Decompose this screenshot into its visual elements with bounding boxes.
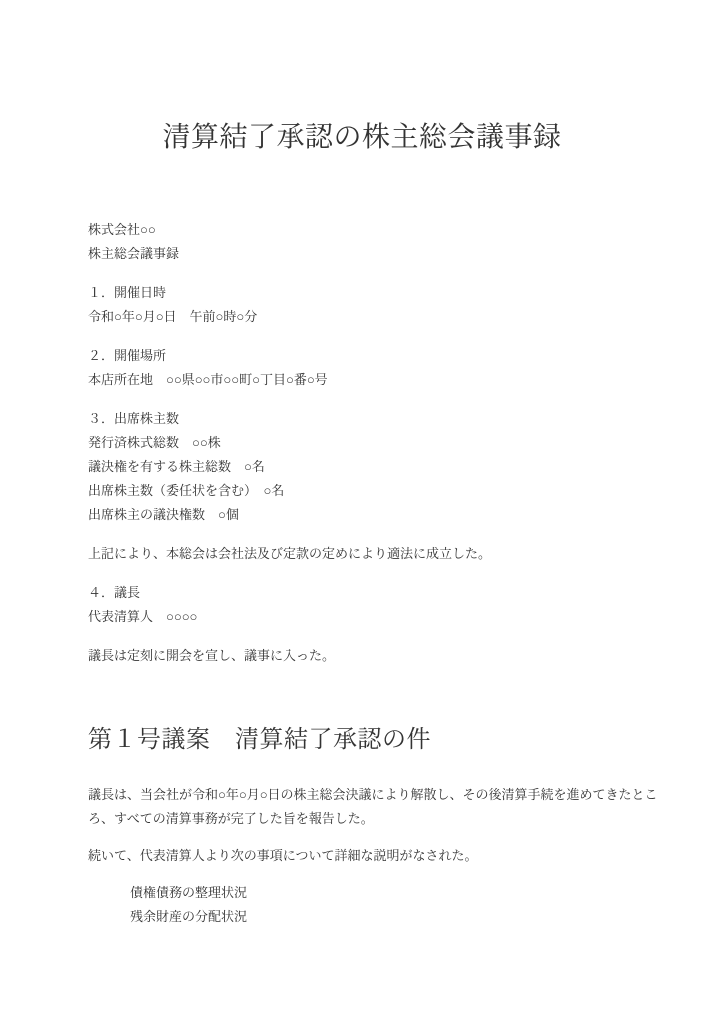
voting-shareholders-total: 議決権を有する株主総数 ○名	[88, 455, 694, 479]
section-4-heading: ４．議長	[88, 581, 694, 605]
document-title: 清算結了承認の株主総会議事録	[0, 120, 724, 154]
agenda-item-1-heading: 第１号議案 清算結了承認の件	[88, 725, 694, 755]
meeting-location: 本店所在地 ○○県○○市○○町○丁目○番○号	[88, 368, 694, 392]
detail-item-residual-assets: 残余財産の分配状況	[88, 905, 694, 929]
opening-declaration: 議長は定刻に開会を宣し、議事に入った。	[88, 644, 694, 668]
attending-shareholders-count: 出席株主数（委任状を含む） ○名	[88, 479, 694, 503]
validity-statement-group: 上記により、本総会は会社法及び定款の定めにより適法に成立した。	[88, 542, 694, 566]
section-2-heading: ２．開催場所	[88, 344, 694, 368]
company-name: 株式会社○○	[88, 218, 694, 242]
section-3-heading: ３．出席株主数	[88, 407, 694, 431]
agenda-explanation-paragraph: 続いて、代表清算人より次の事項について詳細な説明がなされた。	[88, 844, 694, 868]
section-location-group: ２．開催場所 本店所在地 ○○県○○市○○町○丁目○番○号	[88, 344, 694, 392]
section-chairperson-group: ４．議長 代表清算人 ○○○○	[88, 581, 694, 629]
meeting-validity-statement: 上記により、本総会は会社法及び定款の定めにより適法に成立した。	[88, 542, 694, 566]
meeting-datetime: 令和○年○月○日 午前○時○分	[88, 305, 694, 329]
total-shares-issued: 発行済株式総数 ○○株	[88, 431, 694, 455]
minutes-label: 株主総会議事録	[88, 242, 694, 266]
attending-voting-rights-count: 出席株主の議決権数 ○個	[88, 503, 694, 527]
document-page: 清算結了承認の株主総会議事録 株式会社○○ 株主総会議事録 １．開催日時 令和○…	[0, 0, 724, 1024]
company-header-group: 株式会社○○ 株主総会議事録	[88, 218, 694, 266]
chairperson-name: 代表清算人 ○○○○	[88, 605, 694, 629]
section-attendance-group: ３．出席株主数 発行済株式総数 ○○株 議決権を有する株主総数 ○名 出席株主数…	[88, 407, 694, 527]
detail-item-debts-settlement: 債権債務の整理状況	[88, 881, 694, 905]
section-datetime-group: １．開催日時 令和○年○月○日 午前○時○分	[88, 281, 694, 329]
section-1-heading: １．開催日時	[88, 281, 694, 305]
opening-declaration-group: 議長は定刻に開会を宣し、議事に入った。	[88, 644, 694, 668]
agenda-report-paragraph: 議長は、当会社が令和○年○月○日の株主総会決議により解散し、その後清算手続を進め…	[88, 783, 694, 831]
document-body: 株式会社○○ 株主総会議事録 １．開催日時 令和○年○月○日 午前○時○分 ２．…	[0, 218, 724, 929]
